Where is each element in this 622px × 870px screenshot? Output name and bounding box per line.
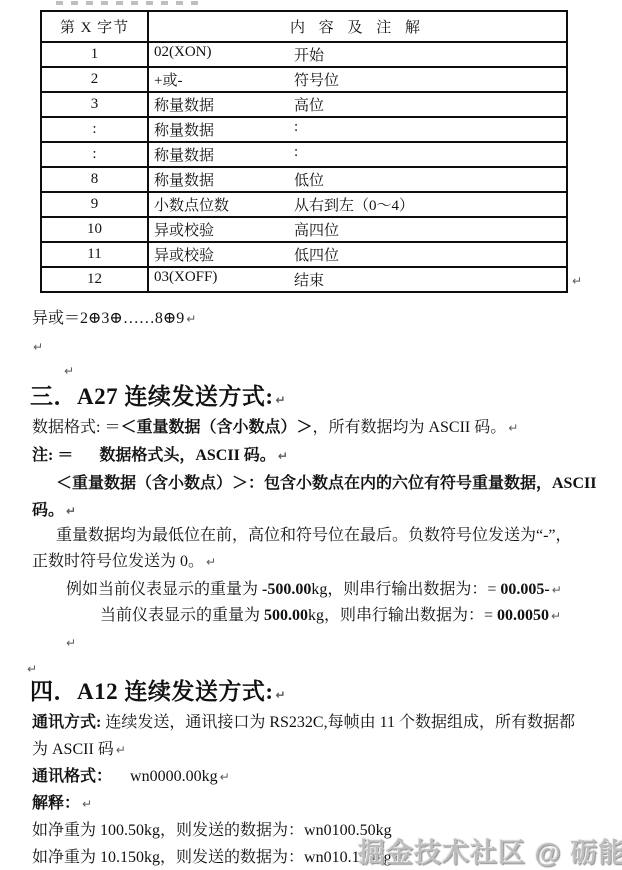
content-value: 称量数据 bbox=[149, 169, 294, 190]
content-cell: 称量数据: bbox=[148, 117, 567, 142]
table-row: 2 +或-符号位 bbox=[41, 67, 567, 92]
paragraph-mark: ↵ bbox=[572, 274, 582, 288]
header-byte-column: 第 X 字节 bbox=[41, 11, 148, 42]
net-weight-example1-line: 如净重为 100.50kg，则发送的数据为：wn0100.50kg bbox=[32, 820, 392, 842]
content-note: : bbox=[294, 144, 298, 161]
byte-cell: 3 bbox=[41, 92, 148, 117]
content-value: 异或校验 bbox=[149, 219, 294, 240]
content-cell: 小数点位数从右到左（0～4） bbox=[148, 192, 567, 217]
content-note: 低位 bbox=[294, 169, 324, 190]
content-note: 结束 bbox=[294, 269, 324, 290]
content-value: 称量数据 bbox=[149, 94, 294, 115]
paragraph-mark: ↵ bbox=[206, 555, 216, 569]
comm-mode-line1: 通讯方式: 连续发送，通讯接口为 RS232C,每帧由 11 个数据组成，所有数… bbox=[32, 712, 575, 734]
content-value: 称量数据 bbox=[149, 119, 294, 140]
byte-order-paragraph-line1: 重量数据均为最低位在前，高位和符号位在最后。负数符号位发送为“-”， bbox=[56, 525, 572, 547]
content-note: 高位 bbox=[294, 94, 324, 115]
paragraph-mark: ↵ bbox=[186, 312, 196, 326]
table-row: 10 异或校验高四位 bbox=[41, 217, 567, 242]
content-note: 开始 bbox=[294, 44, 324, 65]
paragraph-mark: ↵ bbox=[116, 743, 126, 757]
table-header-row: 第 X 字节 内 容 及 注 解 bbox=[41, 11, 567, 42]
data-format-line: 数据格式: ＝＜重量数据（含小数点）＞，所有数据均为 ASCII 码。↵ bbox=[32, 417, 518, 439]
paragraph-mark: ↵ bbox=[551, 609, 561, 623]
section4-heading: 四．A12 连续发送方式:↵ bbox=[30, 673, 286, 706]
content-cell: 异或校验低四位 bbox=[148, 242, 567, 267]
content-cell: +或-符号位 bbox=[148, 67, 567, 92]
byte-order-paragraph-line2: 正数时符号位发送为 0。↵ bbox=[32, 551, 216, 573]
xor-formula-line: 异或＝2⊕3⊕……8⊕9↵ bbox=[32, 308, 196, 330]
paragraph-mark: ↵ bbox=[276, 688, 287, 702]
paragraph-mark: ↵ bbox=[278, 449, 288, 463]
table-row: : 称量数据: bbox=[41, 142, 567, 167]
content-cell: 称量数据高位 bbox=[148, 92, 567, 117]
paragraph-mark: ↵ bbox=[33, 340, 43, 354]
example-positive-line: 当前仪表显示的重量为 500.00kg，则串行输出数据为：= 00.0050↵ bbox=[100, 605, 561, 627]
weight-data-paragraph-line1: ＜重量数据（含小数点）＞：包含小数点在内的六位有符号重量数据，ASCII bbox=[56, 473, 596, 495]
paragraph-mark: ↵ bbox=[276, 393, 287, 407]
content-cell: 异或校验高四位 bbox=[148, 217, 567, 242]
content-note: 高四位 bbox=[294, 219, 339, 240]
net-weight-example2-line: 如净重为 10.150kg，则发送的数据为：wn010.150kg↵ bbox=[32, 847, 404, 869]
byte-cell: : bbox=[41, 117, 148, 142]
table-row: : 称量数据: bbox=[41, 117, 567, 142]
comm-mode-line2: 为 ASCII 码↵ bbox=[32, 739, 126, 761]
paragraph-mark: ↵ bbox=[552, 583, 562, 597]
content-value: 03(XOFF) bbox=[149, 269, 294, 286]
cropped-text-artifact bbox=[56, 1, 206, 5]
table-row: 9 小数点位数从右到左（0～4） bbox=[41, 192, 567, 217]
content-cell: 称量数据: bbox=[148, 142, 567, 167]
paragraph-mark: ↵ bbox=[82, 797, 92, 811]
table-row: 11 异或校验低四位 bbox=[41, 242, 567, 267]
table-row: 1 02(XON)开始 bbox=[41, 42, 567, 67]
content-value: 异或校验 bbox=[149, 244, 294, 265]
byte-cell: 8 bbox=[41, 167, 148, 192]
weight-data-paragraph-line2: 码。↵ bbox=[32, 500, 76, 522]
table-row: 3 称量数据高位 bbox=[41, 92, 567, 117]
explain-label-line: 解释：↵ bbox=[32, 793, 92, 815]
document-page: 第 X 字节 内 容 及 注 解 1 02(XON)开始 2 +或-符号位 3 … bbox=[0, 0, 622, 870]
note-line: 注: ＝数据格式头，ASCII 码。↵ bbox=[32, 445, 288, 467]
byte-cell: 1 bbox=[41, 42, 148, 67]
content-value: 小数点位数 bbox=[149, 194, 294, 215]
content-cell: 02(XON)开始 bbox=[148, 42, 567, 67]
content-note: 低四位 bbox=[294, 244, 339, 265]
byte-cell: : bbox=[41, 142, 148, 167]
paragraph-mark: ↵ bbox=[64, 364, 74, 378]
paragraph-mark: ↵ bbox=[66, 504, 76, 518]
header-content-column: 内 容 及 注 解 bbox=[148, 11, 567, 42]
table-row: 12 03(XOFF)结束 bbox=[41, 267, 567, 292]
byte-cell: 9 bbox=[41, 192, 148, 217]
site-watermark: 掘金技术社区 @ 砺能 bbox=[358, 831, 622, 870]
content-cell: 称量数据低位 bbox=[148, 167, 567, 192]
byte-protocol-table: 第 X 字节 内 容 及 注 解 1 02(XON)开始 2 +或-符号位 3 … bbox=[40, 10, 568, 293]
content-value: 02(XON) bbox=[149, 44, 294, 61]
content-value: +或- bbox=[149, 69, 294, 90]
section3-heading: 三．A27 连续发送方式:↵ bbox=[30, 378, 286, 411]
byte-cell: 12 bbox=[41, 267, 148, 292]
paragraph-mark: ↵ bbox=[508, 421, 518, 435]
content-value: 称量数据 bbox=[149, 144, 294, 165]
comm-format-line: 通讯格式：wn0000.00kg↵ bbox=[32, 766, 230, 788]
content-note: 符号位 bbox=[294, 69, 339, 90]
byte-cell: 10 bbox=[41, 217, 148, 242]
byte-cell: 2 bbox=[41, 67, 148, 92]
paragraph-mark: ↵ bbox=[66, 636, 76, 650]
content-note: : bbox=[294, 119, 298, 136]
paragraph-mark: ↵ bbox=[220, 770, 230, 784]
example-negative-line: 例如当前仪表显示的重量为 -500.00kg，则串行输出数据为：= 00.005… bbox=[66, 579, 562, 601]
content-note: 从右到左（0～4） bbox=[294, 194, 414, 215]
byte-cell: 11 bbox=[41, 242, 148, 267]
content-cell: 03(XOFF)结束 bbox=[148, 267, 567, 292]
table-row: 8 称量数据低位 bbox=[41, 167, 567, 192]
